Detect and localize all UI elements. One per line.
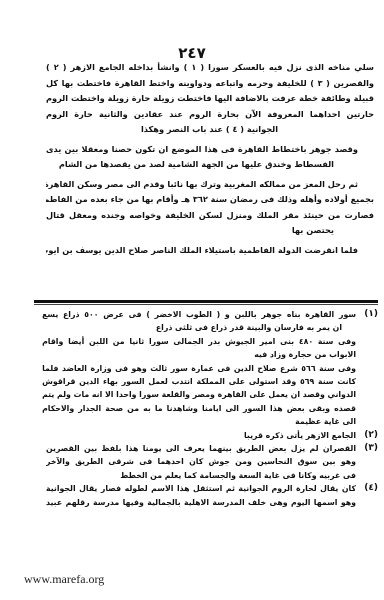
text-line: سلي مناخه الذى نزل فيه بالعسكر سورا ( ١ … xyxy=(46,60,374,76)
text-line: الجوانية ( ٤ ) عند باب النصر وهكذا xyxy=(46,122,374,138)
text-line: فصارت من حينئذ مقر الملك ومنزل لسكن الخل… xyxy=(46,208,374,224)
footnote-line: كان يقال لحارة الروم الجوانية ثم استثقل … xyxy=(46,482,356,495)
text-line: ثم رحل المعز من ممالكه المغربية وترك بها… xyxy=(46,177,374,193)
footnote-line: وهو اسمها اليوم وهى خلف المدرسة الاهلية … xyxy=(46,496,356,509)
footnote-line: الدواني وقصد ان يعمل على القاهرة ومصر وا… xyxy=(42,388,356,401)
footnote-number: (١) xyxy=(356,308,378,429)
footnote-line: ان يمر به فارسان والبينة قدر ذراع فى ثلث… xyxy=(42,321,356,334)
paragraph-2: وقصد جوهر باختطاط القاهرة فى هذا الموضع … xyxy=(46,142,374,173)
text-line: يحتصن بها xyxy=(46,223,374,239)
footnote-number: (٤) xyxy=(356,482,378,509)
footnote-line: فى غربيه وكانا فى غاية السعة والجسامة كم… xyxy=(46,469,356,482)
footnote-line: الجامع الازهر يأتى ذكره قريبا xyxy=(46,429,356,442)
footnote-line: قصده وبقى بعض هذا السور الى ايامنا وشاهد… xyxy=(42,402,356,415)
footnote-line: سور القاهرة بناه جوهر باللبن و ( الطوب ا… xyxy=(42,308,356,321)
footnote-separator-thin xyxy=(34,304,378,305)
main-text: سلي مناخه الذى نزل فيه بالعسكر سورا ( ١ … xyxy=(46,60,374,262)
footnote-3: (٣) القصران لم يزل بعض الطريق بينهما يعر… xyxy=(46,442,378,482)
text-line: بجميع أولاده وأهله وذلك فى رمضان سنة ٣٦٢… xyxy=(46,192,374,208)
footnote-line: القصران لم يزل بعض الطريق بينهما يعرف ال… xyxy=(46,442,356,455)
footnotes: (١) سور القاهرة بناه جوهر باللبن و ( الط… xyxy=(46,308,378,509)
footnote-line: وفى سنة ٤٨٠ بنى امير الجيوش بدر الجمالى … xyxy=(42,335,356,348)
footnote-line: كانت سنة ٥٦٩ وقد استولى على المملكة انتد… xyxy=(42,375,356,388)
footnote-line: الى غاية عظيمة xyxy=(42,415,356,428)
text-line: فلما انقرضت الدولة الفاطمية باستيلاء الم… xyxy=(46,243,374,259)
text-line: الفسطاط وخندق عليها من الجهة الشامية لصد… xyxy=(46,157,374,173)
text-line: حارتين احداهما المعروفة الآن بحارة الروم… xyxy=(46,107,374,123)
footnote-body: الجامع الازهر يأتى ذكره قريبا xyxy=(46,429,356,442)
paragraph-4: فلما انقرضت الدولة الفاطمية باستيلاء الم… xyxy=(46,243,374,259)
footnote-body: سور القاهرة بناه جوهر باللبن و ( الطوب ا… xyxy=(42,308,356,429)
footnote-line: الابواب من حجارة وزاد فيه xyxy=(42,348,356,361)
text-line: قبيلة وطائفة خطة عرفت بالاضافة اليها فاخ… xyxy=(46,91,374,107)
footnote-2: (٢) الجامع الازهر يأتى ذكره قريبا xyxy=(46,429,378,442)
footnote-line: وفى سنة ٥٦٦ شرع صلاح الدين فى عمارة سور … xyxy=(42,362,356,375)
footnote-separator xyxy=(34,300,378,303)
footnote-number: (٣) xyxy=(356,442,378,482)
footnote-number: (٢) xyxy=(356,429,378,442)
footnote-body: كان يقال لحارة الروم الجوانية ثم استثقل … xyxy=(46,482,356,509)
text-line: والقصرين ( ٣ ) للخليفة وحرمه واتباعه ودو… xyxy=(46,76,374,92)
paragraph-1: سلي مناخه الذى نزل فيه بالعسكر سورا ( ١ … xyxy=(46,60,374,138)
footnote-body: القصران لم يزل بعض الطريق بينهما يعرف ال… xyxy=(46,442,356,482)
footnote-4: (٤) كان يقال لحارة الروم الجوانية ثم است… xyxy=(46,482,378,509)
paragraph-3: ثم رحل المعز من ممالكه المغربية وترك بها… xyxy=(46,177,374,239)
text-line: وقصد جوهر باختطاط القاهرة فى هذا الموضع … xyxy=(46,142,374,158)
footnote-line: وهو بين سوق النحاسين ومن جوش كان احدهما … xyxy=(46,455,356,468)
watermark-url: www.marefa.org xyxy=(24,572,104,587)
footnote-1: (١) سور القاهرة بناه جوهر باللبن و ( الط… xyxy=(46,308,378,429)
